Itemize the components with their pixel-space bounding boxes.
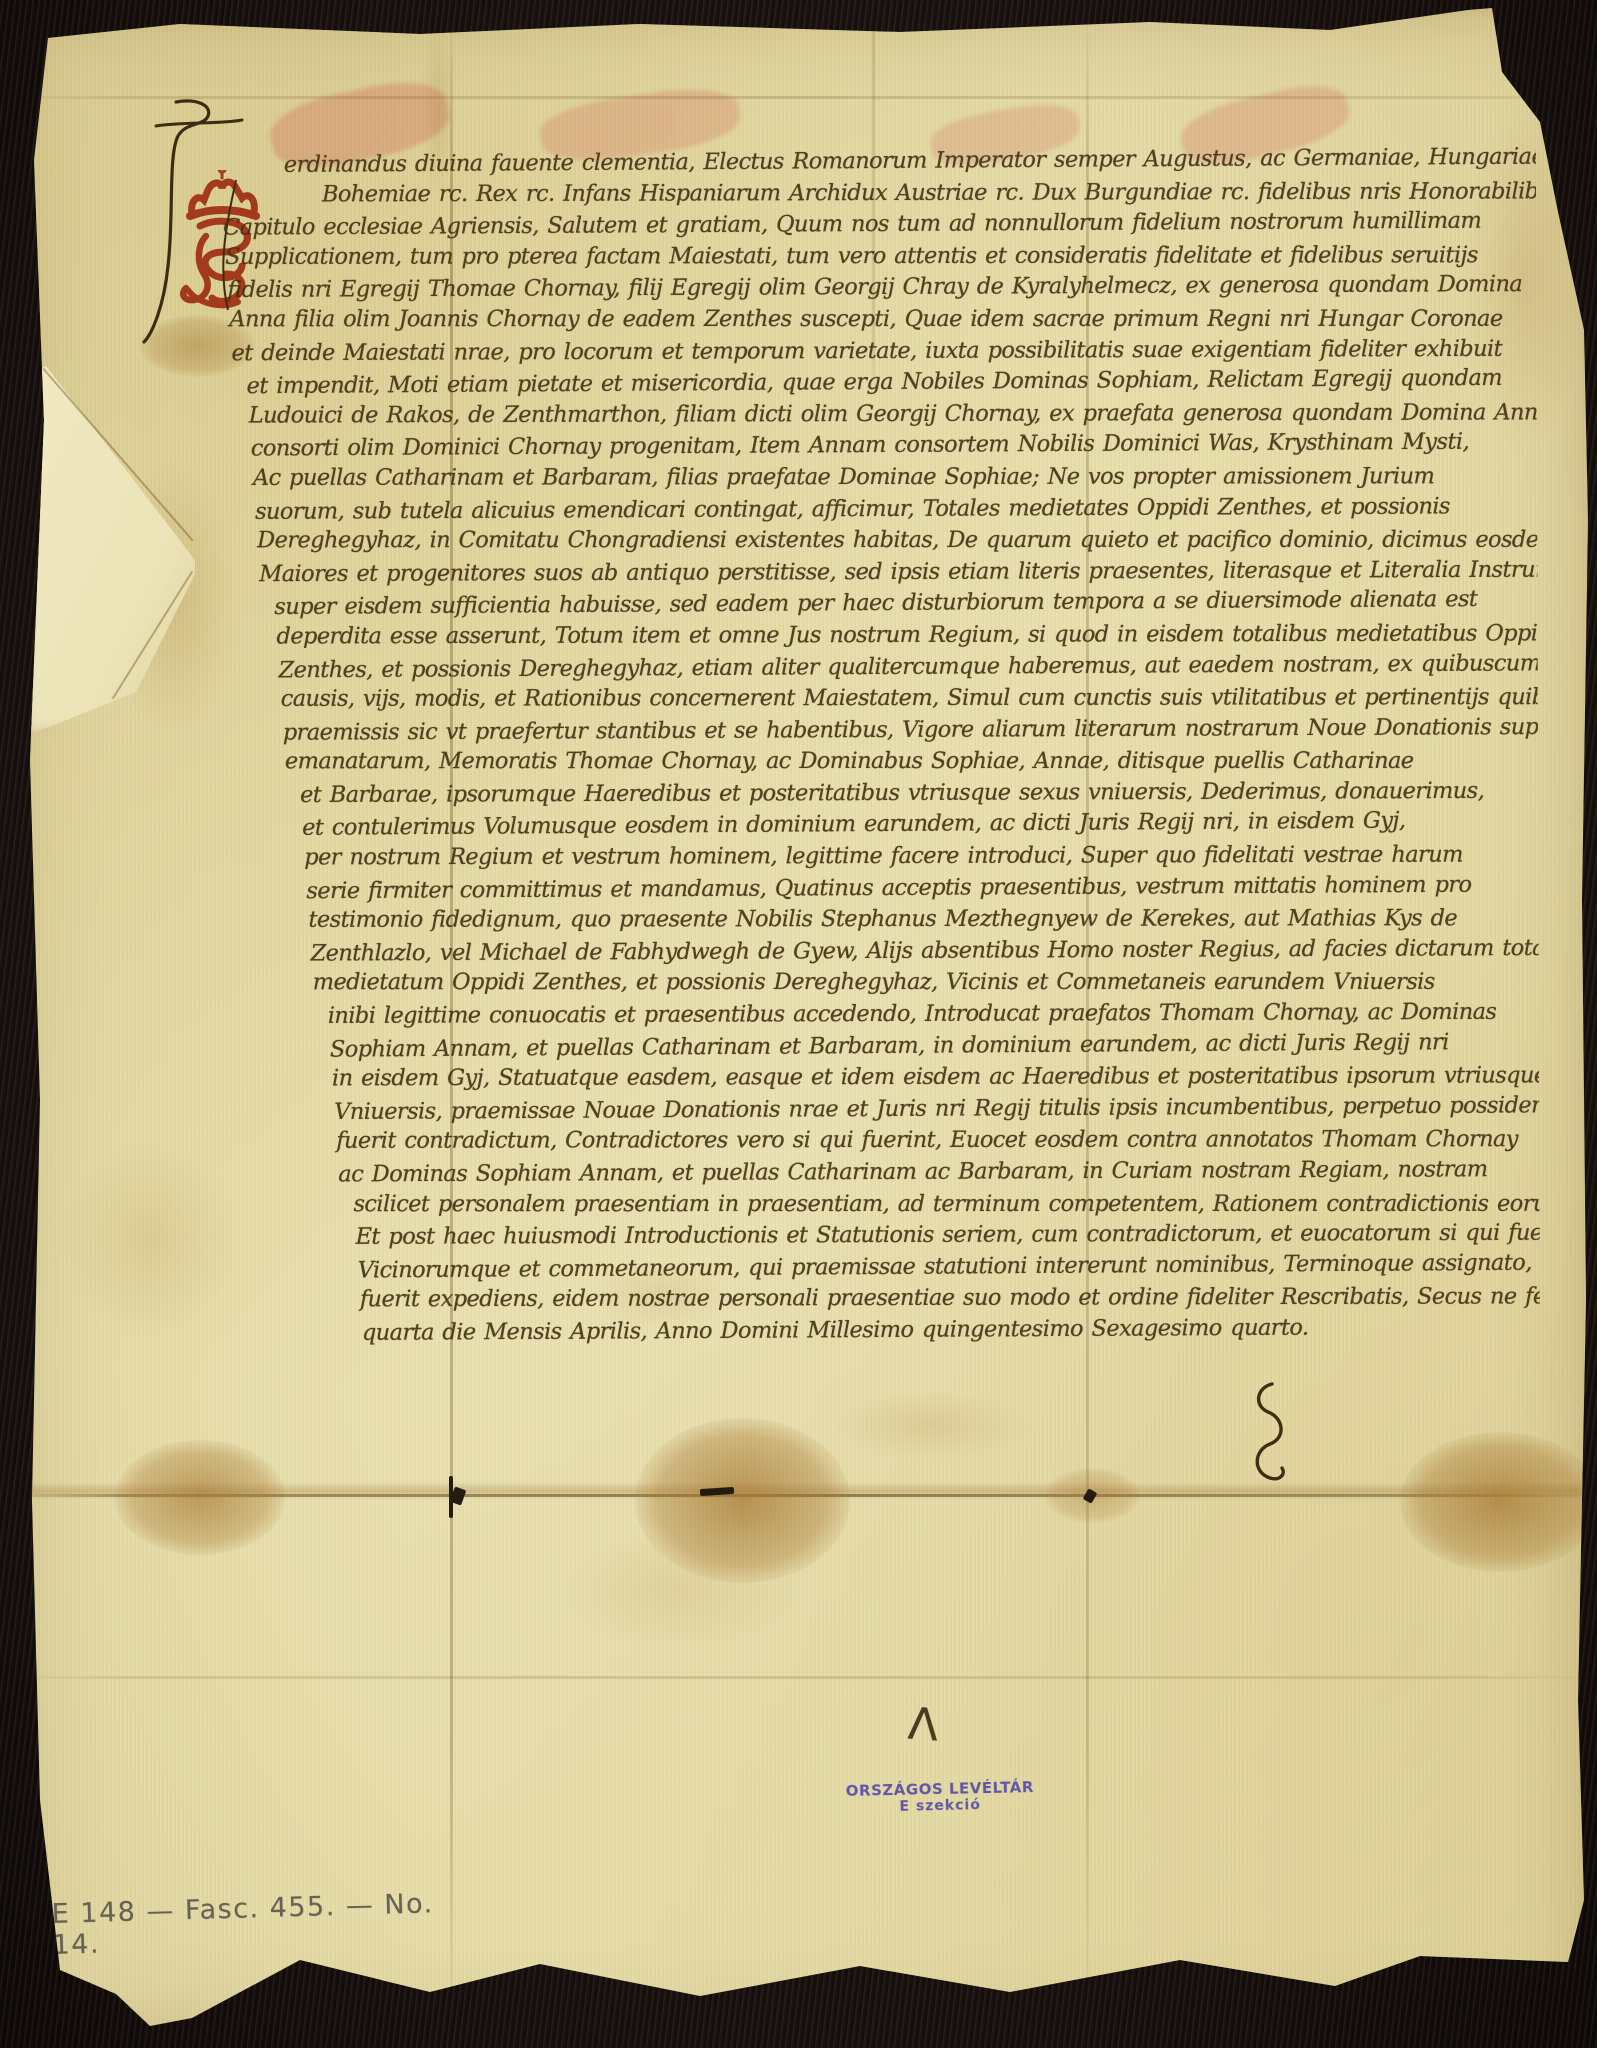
manuscript-line: Zenthes, et possionis Dereghegyhaz, etia… xyxy=(208,648,1538,687)
manuscript-line: Zenthlazlo, vel Michael de Fabhydwegh de… xyxy=(209,933,1539,971)
caret-mark: Λ xyxy=(906,1699,954,1758)
horizontal-fold-line xyxy=(0,1494,1597,1497)
manuscript-line: deperdita esse asserunt, Totum item et o… xyxy=(207,618,1537,653)
manuscript-line: praemissis sic vt praefertur stantibus e… xyxy=(208,712,1538,750)
age-stain xyxy=(560,1530,800,1650)
notary-flourish xyxy=(1226,1378,1296,1488)
water-stain xyxy=(635,1418,850,1583)
manuscript-line: scilicet personalem praesentiam in praes… xyxy=(209,1188,1539,1220)
manuscript-line: causis, vijs, modis, et Rationibus conce… xyxy=(208,682,1538,715)
manuscript-line: fidelis nri Egregij Thomae Chornay, fili… xyxy=(206,269,1536,307)
horizontal-fold-line xyxy=(0,1676,1597,1679)
photograph-backdrop: erdinandus diuina fauente clementia, Ele… xyxy=(0,0,1597,2048)
manuscript-line: Capitulo ecclesiae Agriensis, Salutem et… xyxy=(206,205,1536,244)
manuscript-line: serie firmiter committimus et mandamus, … xyxy=(208,869,1538,908)
stitch-mark xyxy=(1083,1488,1098,1503)
manuscript-line: Anna filia olim Joannis Chornay de eadem… xyxy=(206,304,1536,336)
manuscript-line: quarta die Mensis Aprilis, Anno Domini M… xyxy=(210,1311,1540,1350)
manuscript-line: fuerit expediens, eidem nostrae personal… xyxy=(210,1282,1540,1317)
manuscript-sheet: erdinandus diuina fauente clementia, Ele… xyxy=(0,0,1597,2048)
archive-stamp: ORSZÁGOS LEVÉLTÁR E szekció xyxy=(845,1778,1036,1816)
manuscript-line: emanatarum, Memoratis Thomae Chornay, ac… xyxy=(208,746,1538,778)
manuscript-line: Supplicationem, tum pro pterea factam Ma… xyxy=(206,240,1536,273)
manuscript-line: Dereghegyhaz, in Comitatu Chongradiensi … xyxy=(207,525,1537,557)
manuscript-line: Vniuersis, praemissae Nouae Donationis n… xyxy=(209,1090,1539,1129)
manuscript-line: in eisdem Gyj, Statuatque easdem, easque… xyxy=(209,1061,1539,1096)
manuscript-line: ac Dominas Sophiam Annam, et puellas Cat… xyxy=(209,1154,1539,1192)
stitch-mark xyxy=(449,1476,453,1518)
archival-reference: E 148 — Fasc. 455. — No. 14. xyxy=(51,1887,473,1961)
manuscript-line: fuerit contradictum, Contradictores vero… xyxy=(209,1124,1539,1157)
manuscript-line: testimonio fidedignum, quo praesente Nob… xyxy=(208,903,1538,936)
water-stain xyxy=(1400,1432,1597,1572)
horizontal-fold-stain xyxy=(0,1482,1597,1500)
ink-blot xyxy=(700,1487,734,1496)
manuscript-line: consorti olim Dominici Chornay progenita… xyxy=(207,427,1537,466)
manuscript-line: Ac puellas Catharinam et Barbaram, filia… xyxy=(207,461,1537,494)
water-stain xyxy=(115,1440,285,1555)
manuscript-line: per nostrum Regium et vestrum hominem, l… xyxy=(208,839,1538,874)
manuscript-line: medietatum Oppidi Zenthes, et possionis … xyxy=(209,967,1539,999)
manuscript-line: suorum, sub tutela alicuius emendicari c… xyxy=(207,491,1537,529)
manuscript-text-block: erdinandus diuina fauente clementia, Ele… xyxy=(206,144,1540,1419)
